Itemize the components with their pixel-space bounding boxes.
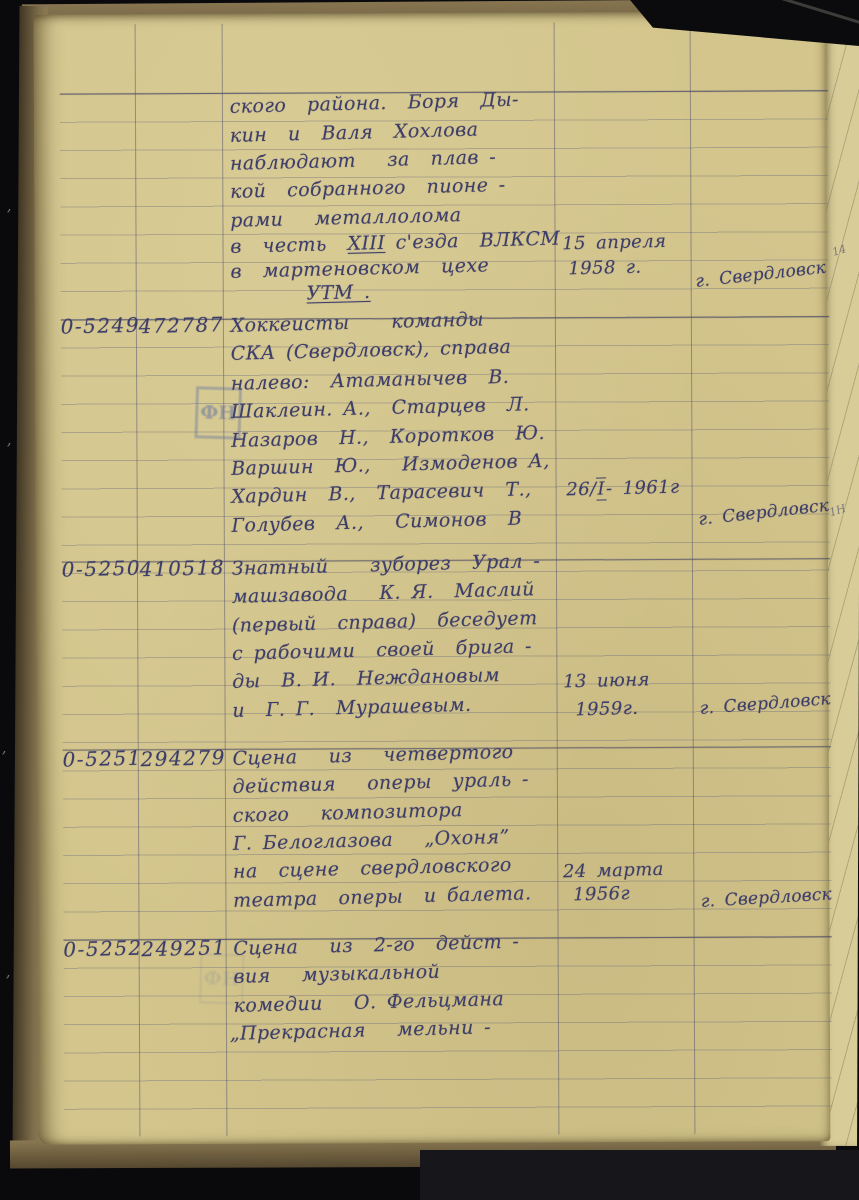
margin-tick: ʼ	[6, 206, 11, 224]
entry-2-date: 13 июня	[563, 668, 650, 694]
margin-tick: ʼ	[6, 440, 11, 458]
honor-text: в честь	[230, 233, 348, 258]
entry-4-negative: 249251	[141, 935, 227, 961]
date-text: - 1961г	[606, 477, 680, 500]
entry-1-date: 26/I- 1961г	[566, 476, 680, 503]
roman-numeral: XIII	[347, 232, 385, 255]
ledger-page: ФН ФН ского района. Боря Ды- кин и Валя …	[34, 11, 831, 1144]
entry-0-date: 15 апреля	[562, 230, 667, 257]
scan-bottom-shadow	[420, 1150, 859, 1200]
entry-3-id: 0-5251	[62, 746, 142, 772]
date-text: 26/	[566, 479, 597, 501]
entry-0-signature: УТМ .	[306, 280, 371, 306]
entry-2-id: 0-5250	[61, 556, 141, 582]
entry-3-date: 24 марта	[563, 858, 664, 885]
margin-tick: ʼ	[1, 748, 6, 766]
roman-numeral: I	[596, 477, 606, 500]
archival-scan-background: 14 1Н ФН ФН ского района. Боря Ды- кин и…	[0, 0, 859, 1200]
margin-tick: ʼ	[5, 972, 10, 990]
honor-text: с'езда ВЛКСМ	[385, 228, 561, 254]
entry-1-negative: 472787	[138, 312, 224, 338]
entry-2-date: 1959г.	[575, 697, 639, 723]
entry-0-date: 1958 г.	[568, 256, 642, 282]
entry-1-id: 0-5249	[60, 313, 140, 339]
entry-2-negative: 410518	[139, 555, 225, 581]
entry-3-negative: 294279	[140, 745, 226, 771]
entry-3-date: 1956г	[573, 882, 630, 907]
entry-4-id: 0-5252	[63, 936, 143, 962]
